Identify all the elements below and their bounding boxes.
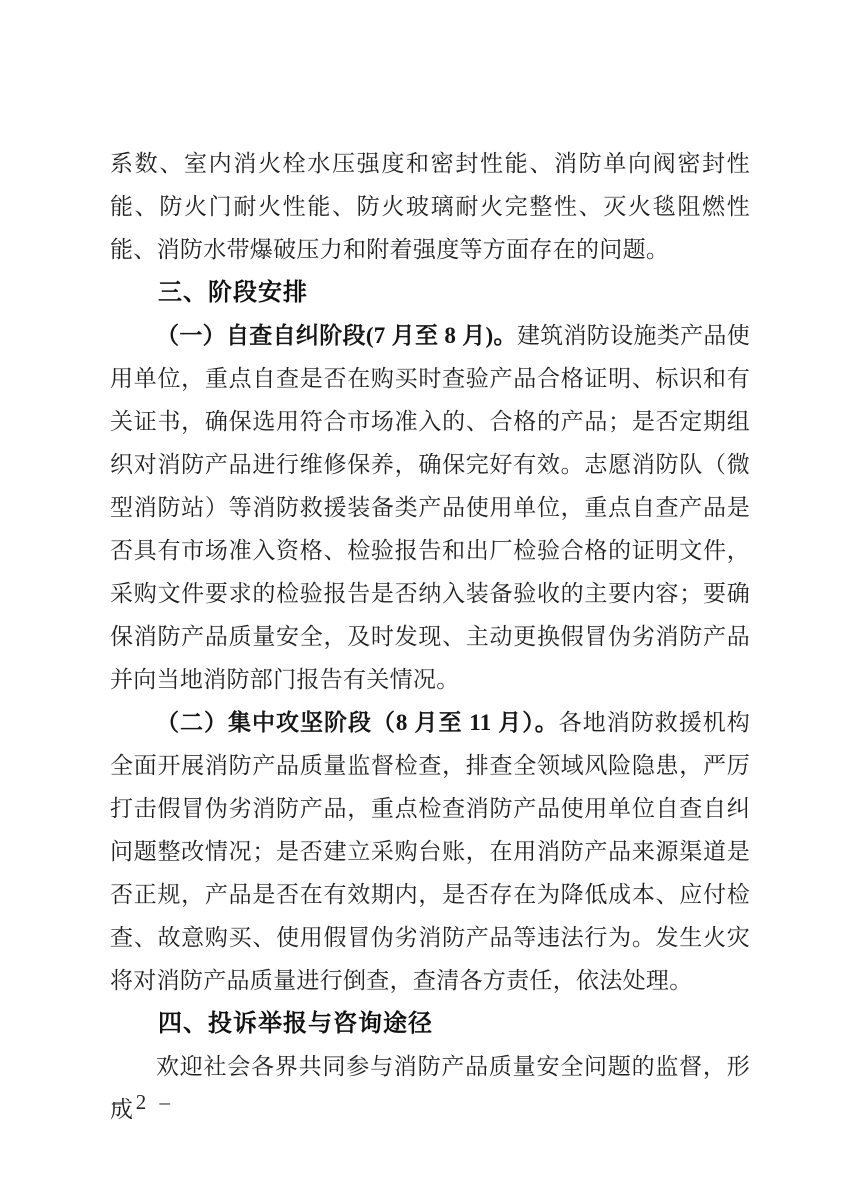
paragraph-stage-self-check: （一）自查自纠阶段(7 月至 8 月)。建筑消防设施类产品使用单位，重点自查是否…	[110, 314, 750, 701]
page-number: – 2 –	[112, 1088, 174, 1116]
stage-self-check-text: 建筑消防设施类产品使用单位，重点自查是否在购买时查验产品合格证明、标识和有关证书…	[110, 323, 750, 692]
paragraph-stage-crackdown: （二）集中攻坚阶段（8 月至 11 月）。各地消防救援机构全面开展消防产品质量监…	[110, 701, 750, 1002]
stage-self-check-lead: （一）自查自纠阶段(7 月至 8 月)。	[156, 323, 517, 348]
section-heading-stage-arrangement: 三、阶段安排	[110, 271, 750, 314]
stage-crackdown-text: 各地消防救援机构全面开展消防产品质量监督检查，排查全领域风险隐患，严厉打击假冒伪…	[110, 710, 750, 993]
stage-crackdown-lead: （二）集中攻坚阶段（8 月至 11 月）。	[156, 710, 559, 735]
section-heading-complaint-channels: 四、投诉举报与咨询途径	[110, 1002, 750, 1045]
document-body: 系数、室内消火栓水压强度和密封性能、消防单向阀密封性能、防火门耐火性能、防火玻璃…	[110, 142, 750, 1131]
paragraph-closing: 欢迎社会各界共同参与消防产品质量安全问题的监督，形成	[110, 1045, 750, 1131]
document-page: 系数、室内消火栓水压强度和密封性能、消防单向阀密封性能、防火门耐火性能、防火玻璃…	[0, 0, 850, 1201]
paragraph-continuation: 系数、室内消火栓水压强度和密封性能、消防单向阀密封性能、防火门耐火性能、防火玻璃…	[110, 142, 750, 271]
